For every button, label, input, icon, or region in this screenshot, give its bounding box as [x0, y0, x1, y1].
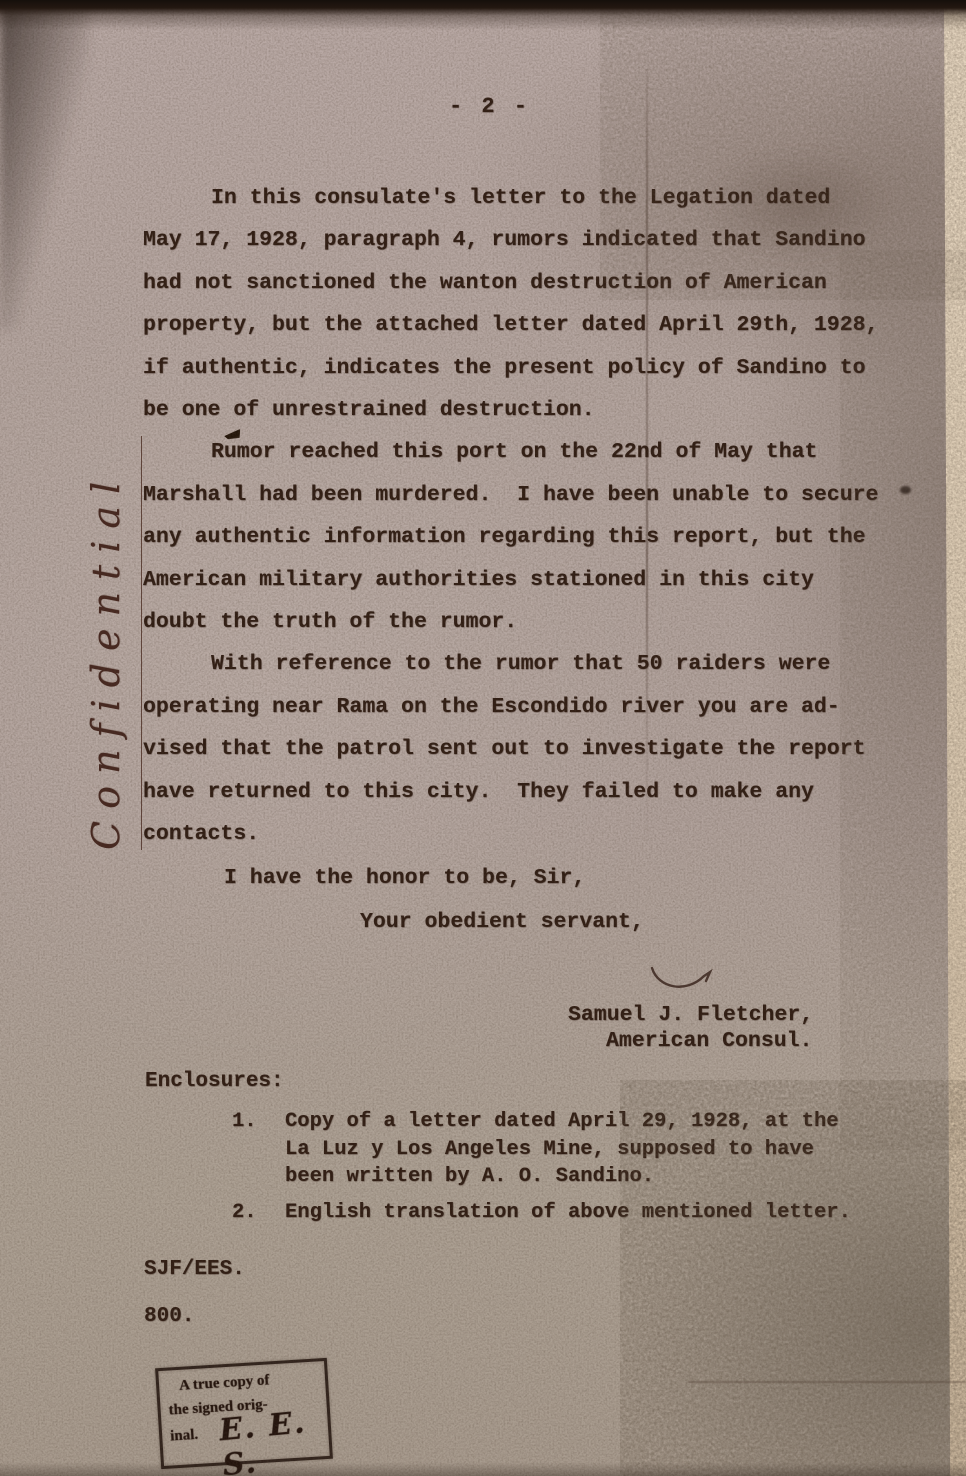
body-line: if authentic, indicates the present poli…: [143, 347, 903, 389]
body-line: vised that the patrol sent out to invest…: [143, 728, 903, 770]
horizontal-fold-line: [688, 1381, 966, 1383]
enclosure-item-1: 1. Copy of a letter dated April 29, 1928…: [232, 1108, 872, 1191]
photo-bottom-edge: [0, 1462, 966, 1476]
body-line: American military authorities stationed …: [143, 559, 903, 601]
closing-servant-line: Your obedient servant,: [360, 910, 644, 934]
signature-title: American Consul.: [606, 1028, 812, 1054]
certification-stamp: A true copy of the signed orig- inal. E.…: [155, 1358, 333, 1469]
margin-note-wrap: Confidential: [84, 436, 142, 850]
enclosure-item-2: 2. English translation of above mentione…: [232, 1199, 912, 1227]
stamp-line: inal.: [170, 1427, 199, 1446]
handwritten-confidential: Confidential: [84, 436, 142, 850]
reference-initials: SJF/EES.: [144, 1258, 245, 1281]
body-line: operating near Rama on the Escondido riv…: [143, 686, 903, 728]
body-line: doubt the truth of the rumor.: [143, 601, 903, 643]
body-line: May 17, 1928, paragraph 4, rumors indica…: [143, 219, 903, 261]
page-right-edge: [944, 0, 966, 1476]
enclosure-line: La Luz y Los Angeles Mine, supposed to h…: [285, 1136, 839, 1164]
enclosure-line: Copy of a letter dated April 29, 1928, a…: [285, 1108, 839, 1136]
body-line: In this consulate's letter to the Legati…: [143, 177, 903, 219]
closing-honor-line: I have the honor to be, Sir,: [224, 866, 585, 890]
stamp-line: A true copy of: [179, 1372, 270, 1394]
page-number: - 2 -: [449, 94, 530, 119]
body-line: any authentic information regarding this…: [143, 516, 903, 558]
document-photo: - 2 - Confidential In this consulate's l…: [0, 0, 966, 1476]
enclosure-number: 1.: [232, 1108, 285, 1191]
body-line: be one of unrestrained destruction.: [143, 389, 903, 431]
enclosure-text: Copy of a letter dated April 29, 1928, a…: [285, 1108, 839, 1191]
photo-top-edge: [0, 0, 966, 30]
enclosure-line: been written by A. O. Sandino.: [285, 1163, 839, 1191]
photo-corner-shadow: [0, 0, 90, 330]
body-line: property, but the attached letter dated …: [143, 304, 903, 346]
body-line: have returned to this city. They failed …: [143, 771, 903, 813]
enclosure-line: English translation of above mentioned l…: [285, 1199, 851, 1227]
enclosures-heading: Enclosures:: [145, 1070, 284, 1093]
body-line: contacts.: [143, 813, 903, 855]
pen-squiggle-mark: [648, 958, 720, 1000]
body-line: With reference to the rumor that 50 raid…: [143, 643, 903, 685]
file-number: 800.: [144, 1305, 194, 1328]
body-line: Rumor reached this port on the 22nd of M…: [143, 431, 903, 473]
enclosure-number: 2.: [232, 1199, 285, 1227]
body-line: had not sanctioned the wanton destructio…: [143, 262, 903, 304]
body-line: Marshall had been murdered. I have been …: [143, 474, 903, 516]
signature-name: Samuel J. Fletcher,: [568, 1002, 813, 1028]
letter-body: In this consulate's letter to the Legati…: [143, 177, 903, 856]
